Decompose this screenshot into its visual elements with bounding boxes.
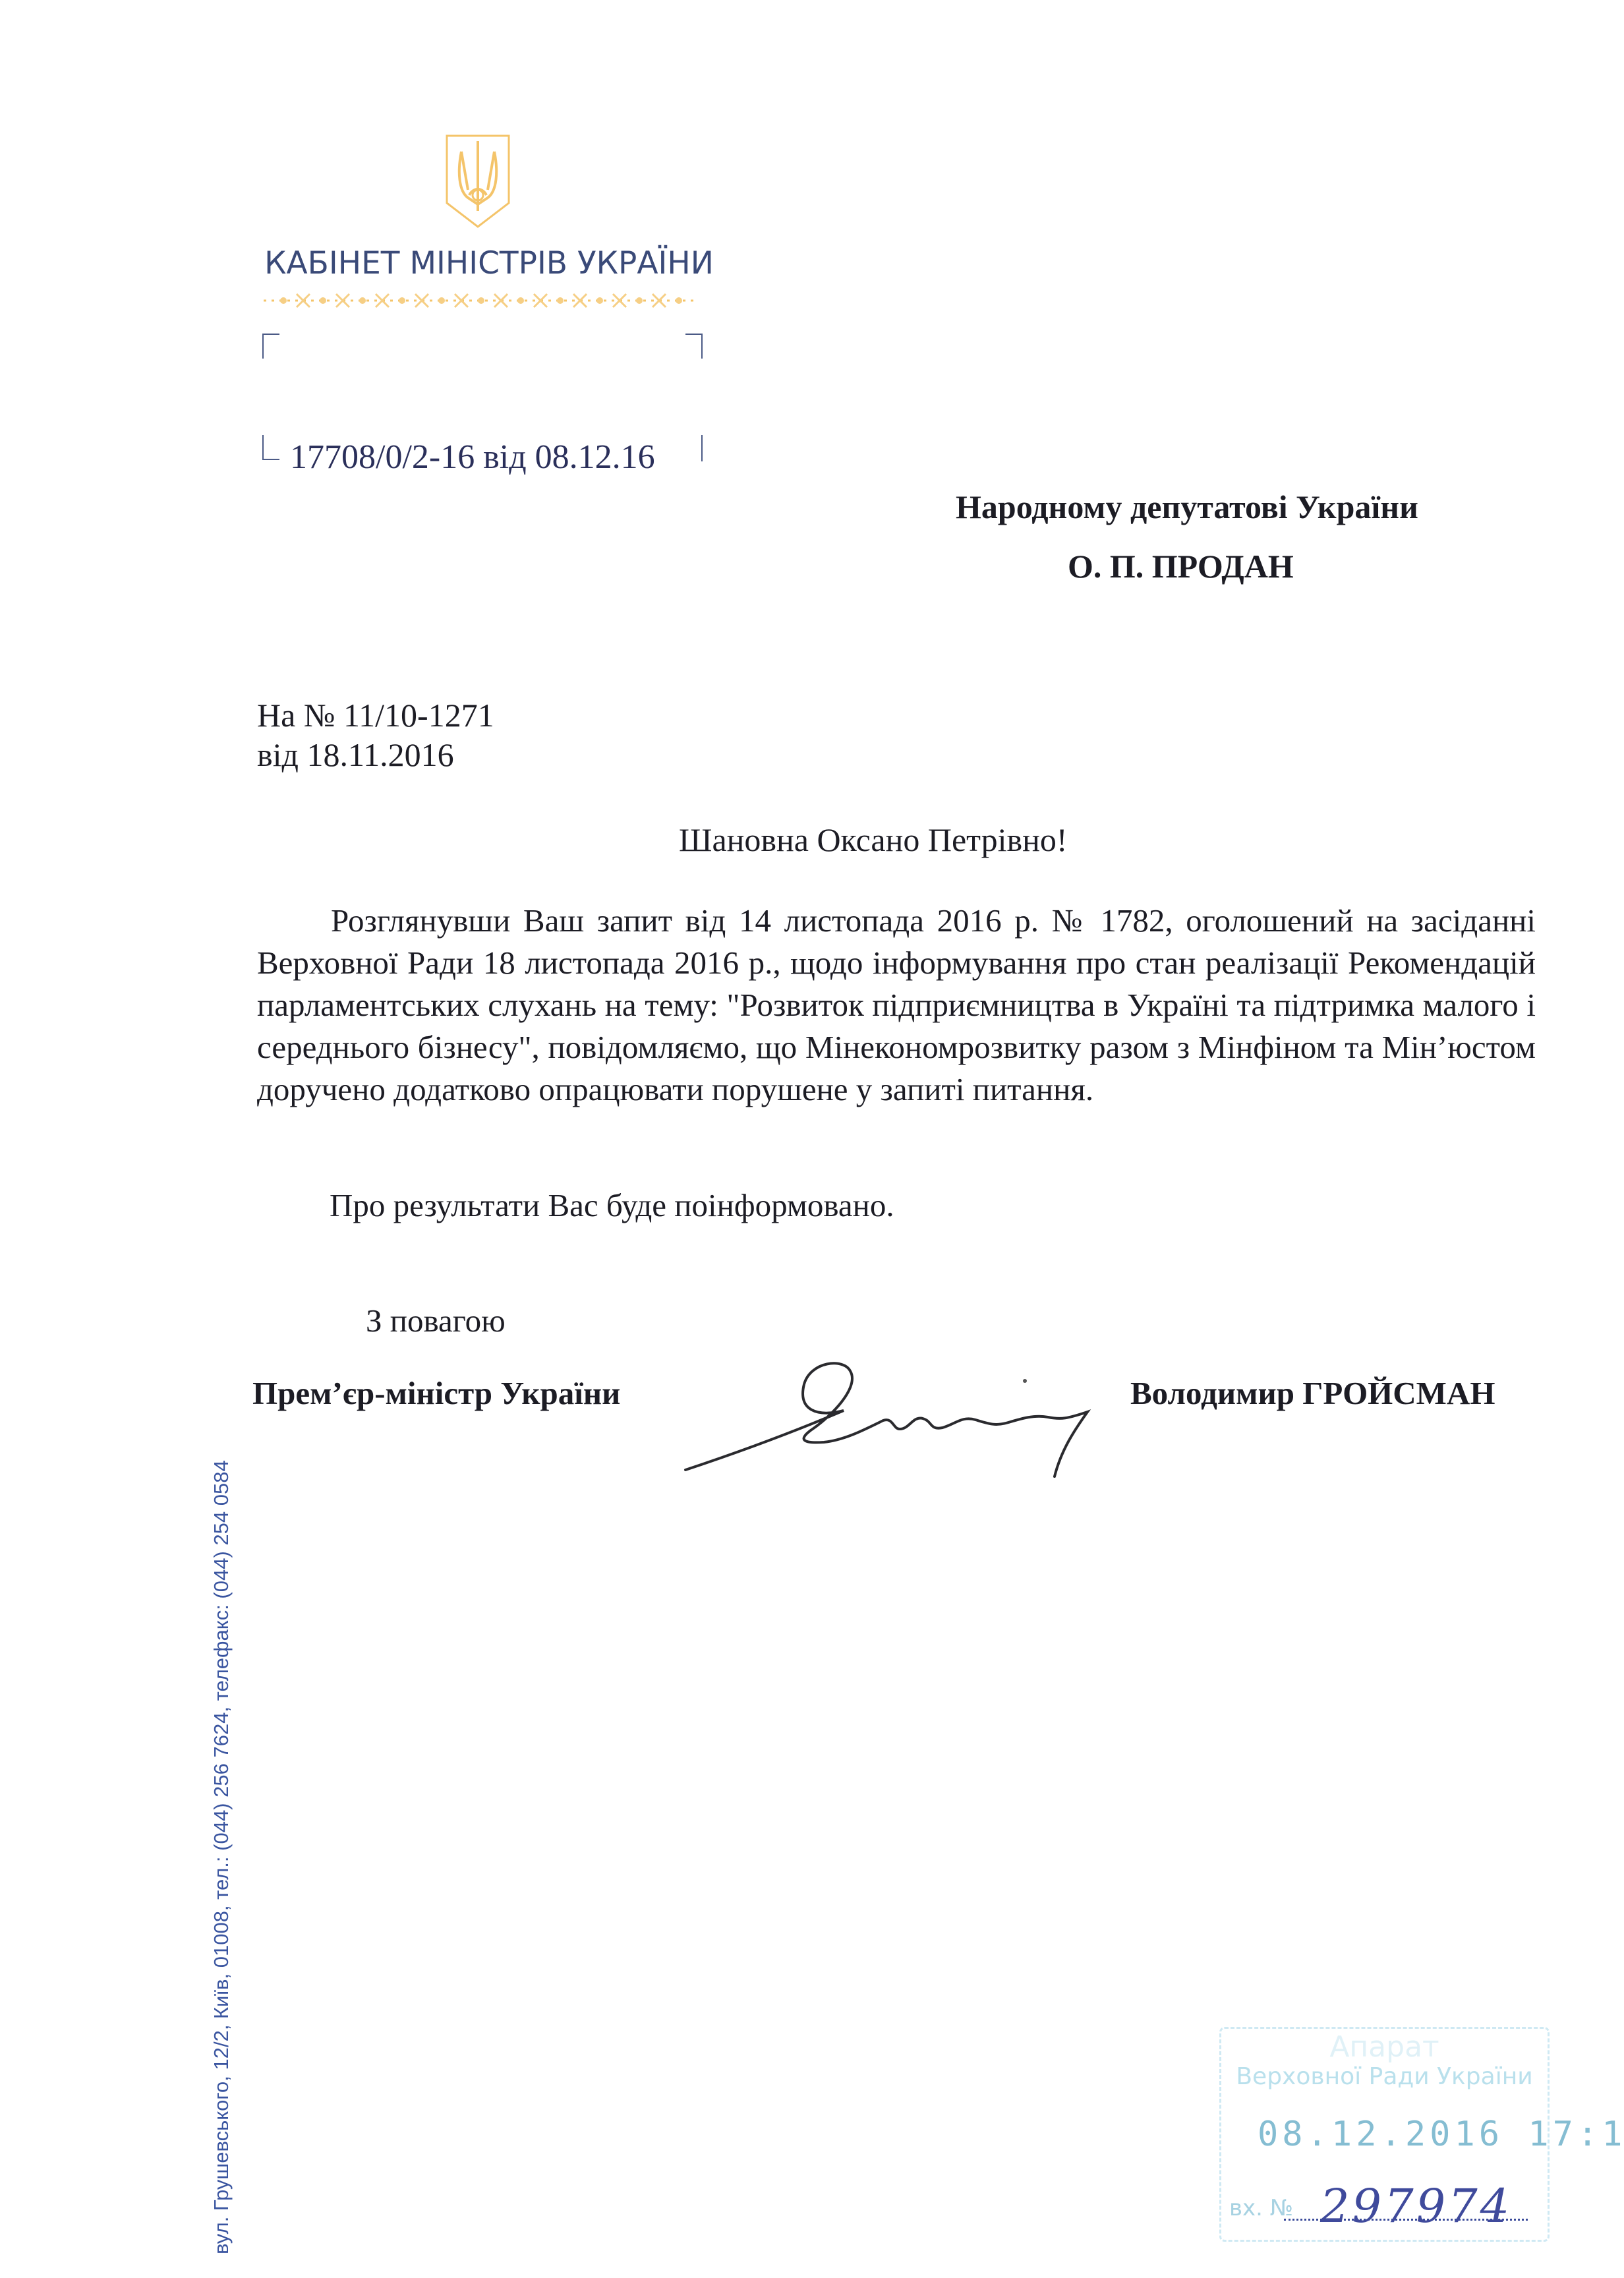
closing-sentence: Про результати Вас буде поінформовано. xyxy=(330,1186,894,1224)
signer-position: Прем’єр-міністр України xyxy=(252,1374,620,1412)
stamp-incoming-number: 297974 xyxy=(1320,2179,1512,2233)
organization-name: КАБІНЕТ МІНІСТРІВ УКРАЇНИ xyxy=(252,245,726,281)
stamp-incoming-label: вх. № xyxy=(1229,2195,1293,2221)
embroidery-ornament xyxy=(264,293,699,308)
recipient-title: Народному депутатові України xyxy=(956,488,1418,526)
stamp-org-line2: Верховної Ради України xyxy=(1221,2063,1548,2090)
address-field-corner xyxy=(262,334,279,359)
regards: З повагою xyxy=(366,1302,506,1339)
reply-reference: На № 11/10-1271 від 18.11.2016 xyxy=(257,695,494,774)
signer-name: Володимир ГРОЙСМАН xyxy=(1130,1374,1495,1412)
address-footer: вул. Грушевського, 12/2, Київ, 01008, те… xyxy=(210,1460,233,2254)
trident-emblem-icon xyxy=(442,132,514,229)
stamp-datetime: 08.12.2016 17:18 xyxy=(1258,2115,1624,2154)
address-field-corner xyxy=(685,435,703,461)
handwritten-signature xyxy=(666,1358,1127,1483)
outgoing-reference: 17708/0/2-16 від 08.12.16 xyxy=(290,438,655,477)
address-field-corner xyxy=(685,334,703,359)
reply-date: від 18.11.2016 xyxy=(257,735,494,774)
recipient-name: О. П. ПРОДАН xyxy=(1068,547,1294,585)
stamp-org-line1: Апарат xyxy=(1221,2030,1548,2064)
greeting: Шановна Оксано Петрівно! xyxy=(679,821,1068,859)
registration-stamp: Апарат Верховної Ради України 08.12.2016… xyxy=(1219,2027,1550,2242)
reply-number: На № 11/10-1271 xyxy=(257,695,494,735)
address-field-corner xyxy=(262,435,279,460)
body-paragraph: Розглянувши Ваш запит від 14 листопада 2… xyxy=(257,900,1536,1111)
